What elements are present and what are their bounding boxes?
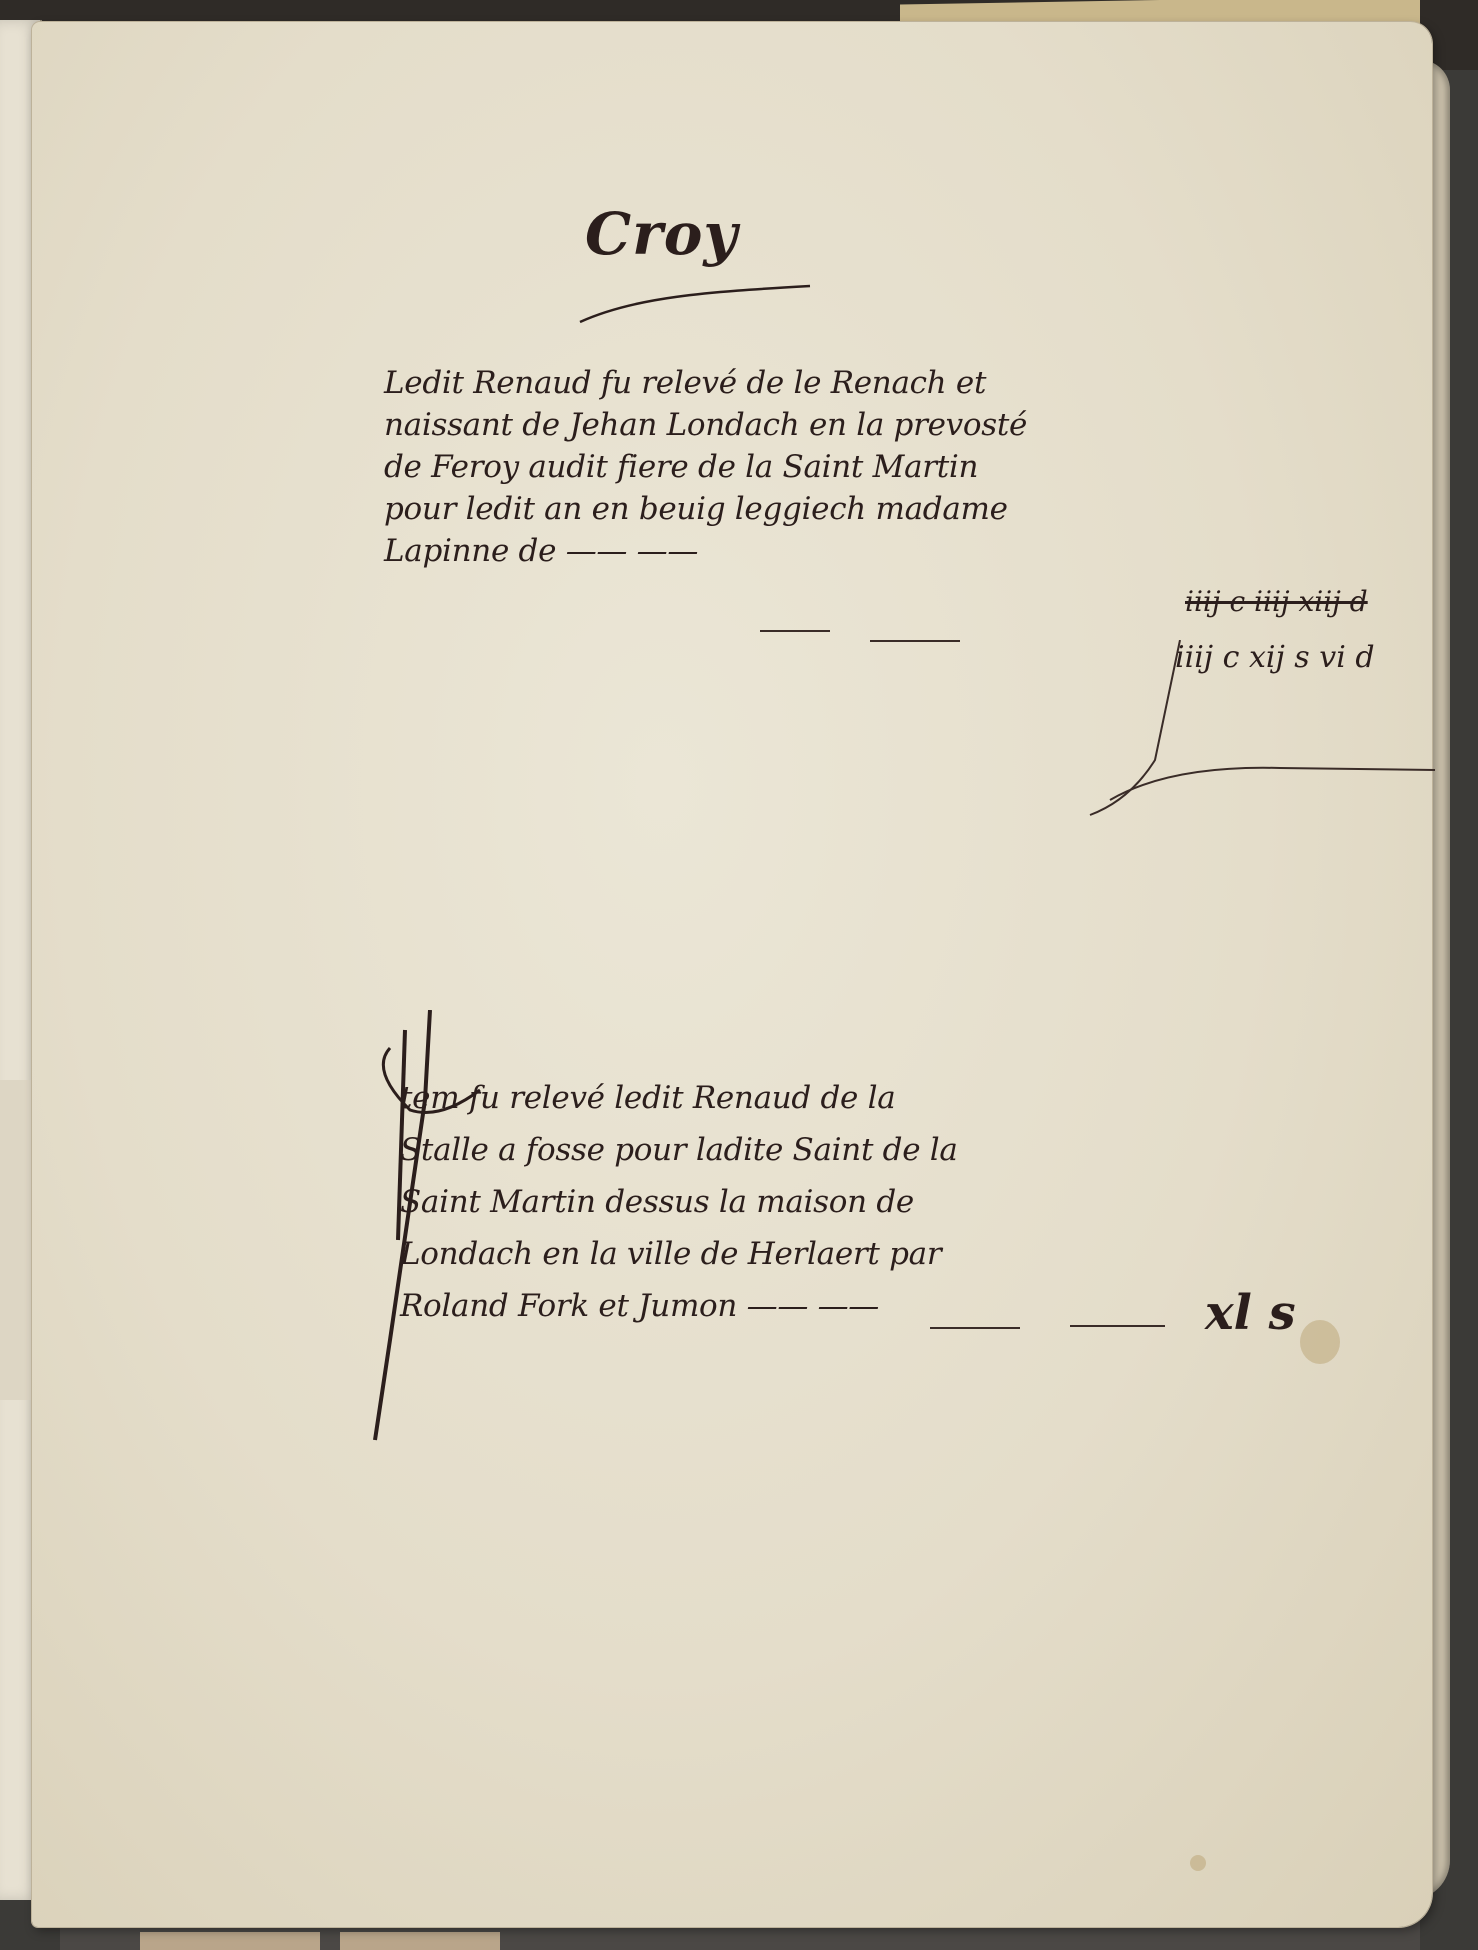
entry-2-line: Saint Martin dessus la maison de [400, 1176, 1200, 1228]
filler-dash [1070, 1325, 1165, 1327]
margin-bracket-icon [1080, 640, 1440, 830]
entry-2-line: Stalle a fosse pour ladite Saint de la [400, 1124, 1200, 1176]
entry-1-line: Lapinne de —— —— [384, 530, 1184, 572]
bottom-tab [340, 1932, 500, 1950]
entry-1-line: pour ledit an en beuig leggiech madame [384, 488, 1184, 530]
entry-1-line: de Feroy audit fiere de la Saint Martin [384, 446, 1184, 488]
paper-stain [1190, 1855, 1206, 1871]
heading-flourish-icon [575, 272, 815, 328]
page-heading: Croy [585, 200, 738, 268]
filler-dash [760, 630, 830, 632]
struck-amount: iiij c iiij xiij d [1185, 585, 1425, 618]
paper-stain [1300, 1320, 1340, 1364]
entry-2-amount: xl s [1205, 1285, 1296, 1341]
entry-2: tem fu relevé ledit Renaud de la Stalle … [400, 1072, 1200, 1332]
filler-dash [930, 1327, 1020, 1329]
bottom-tab [140, 1932, 320, 1950]
entry-1-line: naissant de Jehan Londach en la prevosté [384, 404, 1184, 446]
entry-1: Ledit Renaud fu relevé de le Renach et n… [384, 362, 1184, 572]
filler-dash [870, 640, 960, 642]
entry-2-line: tem fu relevé ledit Renaud de la [400, 1072, 1200, 1124]
entry-1-line: Ledit Renaud fu relevé de le Renach et [384, 362, 1184, 404]
entry-2-line: Londach en la ville de Herlaert par [400, 1228, 1200, 1280]
